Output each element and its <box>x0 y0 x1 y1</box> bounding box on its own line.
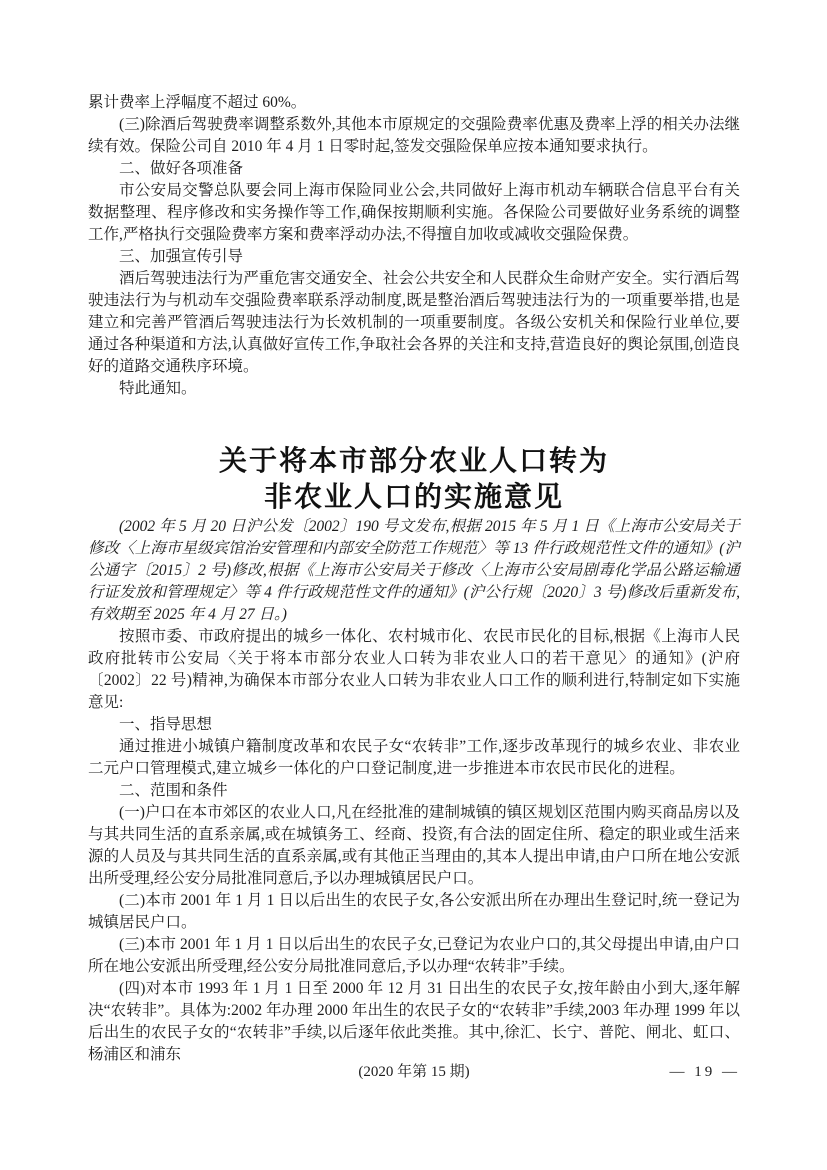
gazette-page: 累计费率上浮幅度不超过 60%。 (三)除酒后驾驶费率调整系数外,其他本市原规定… <box>0 0 827 1170</box>
main-notice: 关于将本市部分农业人口转为 非农业人口的实施意见 (2002 年 5 月 20 … <box>88 444 740 1066</box>
continuation-line: 累计费率上浮幅度不超过 60%。 <box>88 92 740 114</box>
document-title-line2: 非农业人口的实施意见 <box>264 482 564 513</box>
issuance-annotation: (2002 年 5 月 20 日沪公发〔2002〕190 号文发布,根据 201… <box>88 516 740 626</box>
paragraph-publicity: 酒后驾驶违法行为严重危害交通安全、社会公共安全和人民群众生命财产安全。实行酒后驾… <box>88 268 740 378</box>
section-heading-guiding: 一、指导思想 <box>88 714 740 736</box>
closing-line: 特此通知。 <box>88 378 740 400</box>
document-title: 关于将本市部分农业人口转为 非农业人口的实施意见 <box>88 444 740 516</box>
paragraph-scope-item-3: (三)本市 2001 年 1 月 1 日以后出生的农民子女,已登记为农业户口的,… <box>88 934 740 978</box>
section-heading-publicity: 三、加强宣传引导 <box>88 246 740 268</box>
paragraph-scope-item-4: (四)对本市 1993 年 1 月 1 日至 2000 年 12 月 31 日出… <box>88 978 740 1066</box>
footer-issue-label: (2020 年第 15 期) <box>88 1062 740 1082</box>
page-footer: (2020 年第 15 期) — 19 — <box>88 1062 740 1082</box>
paragraph-scope-item-2: (二)本市 2001 年 1 月 1 日以后出生的农民子女,各公安派出所在办理出… <box>88 890 740 934</box>
previous-notice-ending: 累计费率上浮幅度不超过 60%。 (三)除酒后驾驶费率调整系数外,其他本市原规定… <box>88 92 740 400</box>
paragraph-item-3: (三)除酒后驾驶费率调整系数外,其他本市原规定的交强险费率优惠及费率上浮的相关办… <box>88 114 740 158</box>
paragraph-intro: 按照市委、市政府提出的城乡一体化、农村城市化、农民市民化的目标,根据《上海市人民… <box>88 626 740 714</box>
footer-page-number: — 19 — <box>670 1062 741 1082</box>
paragraph-guiding: 通过推进小城镇户籍制度改革和农民子女“农转非”工作,逐步改革现行的城乡农业、非农… <box>88 736 740 780</box>
document-title-line1: 关于将本市部分农业人口转为 <box>219 446 609 477</box>
paragraph-prepare: 市公安局交警总队要会同上海市保险同业公会,共同做好上海市机动车辆联合信息平台有关… <box>88 180 740 246</box>
page-content: 累计费率上浮幅度不超过 60%。 (三)除酒后驾驶费率调整系数外,其他本市原规定… <box>88 92 740 1066</box>
section-heading-prepare: 二、做好各项准备 <box>88 158 740 180</box>
paragraph-scope-item-1: (一)户口在本市郊区的农业人口,凡在经批准的建制城镇的镇区规划区范围内购买商品房… <box>88 802 740 890</box>
section-heading-scope: 二、范围和条件 <box>88 780 740 802</box>
